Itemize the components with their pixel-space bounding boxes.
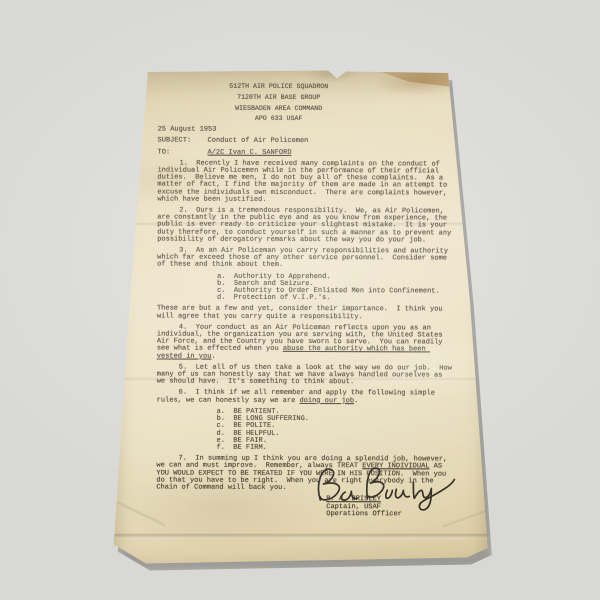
letterhead-line-3: WIESBADEN AREA COMMAND xyxy=(158,105,400,113)
paragraph-6-underline: doing our job xyxy=(299,397,354,405)
letterhead-line-2: 7120TH AIR BASE GROUP xyxy=(158,94,400,102)
paper-crease xyxy=(110,534,492,539)
paragraph-3b: These are but a few and yet, consider th… xyxy=(157,306,453,321)
paragraph-6-text: 6. I think if we all remember and apply … xyxy=(157,389,440,405)
subject-text: Conduct of Air Policemen xyxy=(208,137,309,145)
letterhead-line-4: APO 633 USAF xyxy=(158,116,400,124)
letter-body: 512TH AIR POLICE SQUADRON 7120TH AIR BAS… xyxy=(156,83,454,518)
paragraph-2: 2. Ours is a tremendous responsibility. … xyxy=(157,207,453,244)
authority-list: a. Authority to Apprehend. b. Search and… xyxy=(217,273,453,303)
signature-block: B. A. BRISLEY Captain, USAF Operations O… xyxy=(326,496,452,519)
paragraph-4-end: . xyxy=(211,352,215,360)
to-name: A/2C Ivan C. SANFORD xyxy=(208,148,292,156)
subject-line: SUBJECT:Conduct of Air Policemen xyxy=(158,138,454,146)
photo-background: 512TH AIR POLICE SQUADRON 7120TH AIR BAS… xyxy=(0,0,600,600)
date-line: 25 August 1953 xyxy=(158,127,454,135)
paragraph-6-end: . xyxy=(354,397,358,405)
letterhead-line-1: 512TH AIR POLICE SQUADRON xyxy=(158,83,400,91)
document-photo: 512TH AIR POLICE SQUADRON 7120TH AIR BAS… xyxy=(110,68,492,568)
authority-item: d. Protection of V.I.P.'s. xyxy=(217,295,453,303)
rule-item: f. BE FIRM. xyxy=(216,445,452,453)
paragraph-1: 1. Recently I have received many complai… xyxy=(157,160,453,204)
subject-label: SUBJECT: xyxy=(158,138,208,145)
paragraph-6: 6. I think if we all remember and apply … xyxy=(157,390,453,405)
to-label: TO: xyxy=(158,149,208,156)
letter-paper: 512TH AIR POLICE SQUADRON 7120TH AIR BAS… xyxy=(110,68,492,568)
paragraph-4: 4. Your conduct as an Air Policeman refl… xyxy=(157,324,453,361)
paragraph-5: 5. Let all of us then take a look at the… xyxy=(157,364,453,387)
paragraph-3: 3. As an Air Policeman you carry respons… xyxy=(157,248,453,271)
handwritten-signature xyxy=(312,462,462,513)
rules-list: a. BE PATIENT. b. BE LONG SUFFERING. c. … xyxy=(216,409,452,453)
to-line: TO:A/2C Ivan C. SANFORD xyxy=(158,149,454,157)
